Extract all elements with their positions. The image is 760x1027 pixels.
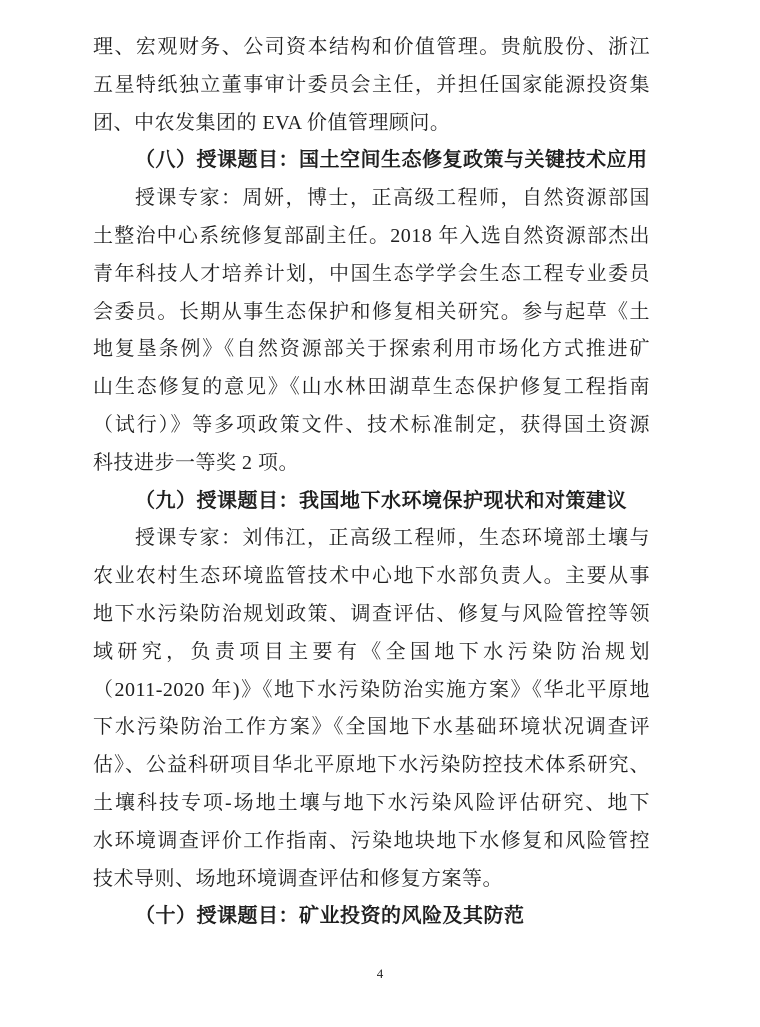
section-heading: （十）授课题目：矿业投资的风险及其防范	[93, 898, 650, 936]
text-line: （八）授课题目：国土空间生态修复政策与关键技术应用	[93, 142, 650, 180]
paragraph: 授课专家：刘伟江，正高级工程师，生态环境部土壤与农业农村生态环境监管技术中心地下…	[93, 520, 650, 898]
paragraph: 授课专家：周妍，博士，正高级工程师，自然资源部国土整治中心系统修复部副主任。20…	[93, 180, 650, 482]
text-line: 授课专家：周妍，博士，正高级工程师，自然资源部国	[93, 180, 650, 218]
text-line: 域研究，负责项目主要有《全国地下水污染防治规划	[93, 634, 650, 672]
text-line: 授课专家：刘伟江，正高级工程师，生态环境部土壤与	[93, 520, 650, 558]
text-line: 下水污染防治工作方案》《全国地下水基础环境状况调查评	[93, 709, 650, 747]
text-line: 五星特纸独立董事审计委员会主任，并担任国家能源投资集	[93, 67, 650, 105]
text-line: 青年科技人才培养计划，中国生态学学会生态工程专业委员	[93, 256, 650, 294]
text-line: （试行）》等多项政策文件、技术标准制定，获得国土资源	[93, 407, 650, 445]
text-line: 土壤科技专项-场地土壤与地下水污染风险评估研究、地下	[93, 785, 650, 823]
paragraph: 理、宏观财务、公司资本结构和价值管理。贵航股份、浙江五星特纸独立董事审计委员会主…	[93, 29, 650, 142]
text-line: 山生态修复的意见》《山水林田湖草生态保护修复工程指南	[93, 369, 650, 407]
text-line: 水环境调查评价工作指南、污染地块地下水修复和风险管控	[93, 823, 650, 861]
text-line: 地复垦条例》《自然资源部关于探索利用市场化方式推进矿	[93, 331, 650, 369]
text-line: 地下水污染防治规划政策、调查评估、修复与风险管控等领	[93, 596, 650, 634]
text-line: 农业农村生态环境监管技术中心地下水部负责人。主要从事	[93, 558, 650, 596]
text-line: 理、宏观财务、公司资本结构和价值管理。贵航股份、浙江	[93, 29, 650, 67]
text-line: （九）授课题目：我国地下水环境保护现状和对策建议	[93, 483, 650, 521]
page-footer: 4	[0, 965, 760, 983]
text-line: 团、中农发集团的 EVA 价值管理顾问。	[93, 105, 650, 143]
text-line: 估》、公益科研项目华北平原地下水污染防控技术体系研究、	[93, 747, 650, 785]
section-heading: （九）授课题目：我国地下水环境保护现状和对策建议	[93, 483, 650, 521]
text-line: 技术导则、场地环境调查评估和修复方案等。	[93, 861, 650, 899]
section-heading: （八）授课题目：国土空间生态修复政策与关键技术应用	[93, 142, 650, 180]
text-line: 土整治中心系统修复部副主任。2018 年入选自然资源部杰出	[93, 218, 650, 256]
text-line: 科技进步一等奖 2 项。	[93, 445, 650, 483]
document-body: 理、宏观财务、公司资本结构和价值管理。贵航股份、浙江五星特纸独立董事审计委员会主…	[93, 29, 650, 936]
text-line: 会委员。长期从事生态保护和修复相关研究。参与起草《土	[93, 294, 650, 332]
page-number: 4	[377, 966, 384, 981]
text-line: （2011-2020 年)》《地下水污染防治实施方案》《华北平原地	[93, 672, 650, 710]
text-line: （十）授课题目：矿业投资的风险及其防范	[93, 898, 650, 936]
